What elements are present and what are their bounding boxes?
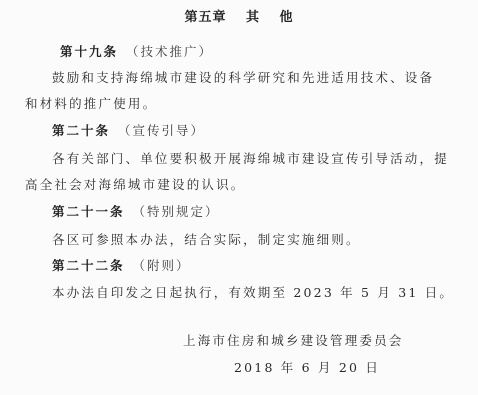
article-subtitle: （技术推广） — [126, 44, 213, 59]
article-subtitle: （附则） — [133, 258, 191, 273]
article-20-heading: 第二十条（宣传引导） — [52, 123, 205, 139]
chapter-title: 第五章 其 他 — [0, 6, 478, 25]
article-title: 第二十二条 — [52, 258, 125, 273]
article-19-heading: 第十九条（技术推广） — [60, 44, 213, 60]
article-21-heading: 第二十一条（特别规定） — [52, 204, 220, 220]
article-title: 第十九条 — [60, 44, 118, 59]
article-title: 第二十一条 — [52, 204, 125, 219]
article-19-line-1: 鼓励和支持海绵城市建设的科学研究和先进适用技术、设备 — [52, 70, 434, 86]
article-subtitle: （特别规定） — [133, 204, 220, 219]
article-title: 第二十条 — [52, 123, 110, 138]
article-20-line-1: 各有关部门、单位要积极开展海绵城市建设宣传引导活动，提 — [52, 151, 449, 167]
article-20-line-2: 高全社会对海绵城市建设的认识。 — [25, 177, 246, 193]
signature-date: 2018 年 6 月 20 日 — [234, 360, 380, 376]
article-subtitle: （宣传引导） — [118, 123, 205, 138]
article-19-line-2: 和材料的推广使用。 — [25, 96, 157, 112]
article-22-line-1: 本办法自印发之日起执行，有效期至 2023 年 5 月 31 日。 — [52, 285, 454, 301]
article-22-heading: 第二十二条（附则） — [52, 258, 191, 274]
chapter-word-2: 他 — [280, 6, 294, 25]
chapter-word-1: 其 — [246, 6, 260, 25]
signature-organization: 上海市住房和城乡建设管理委员会 — [183, 333, 404, 349]
chapter-number: 第五章 — [184, 6, 226, 25]
article-21-line-1: 各区可参照本办法，结合实际，制定实施细则。 — [52, 232, 361, 248]
